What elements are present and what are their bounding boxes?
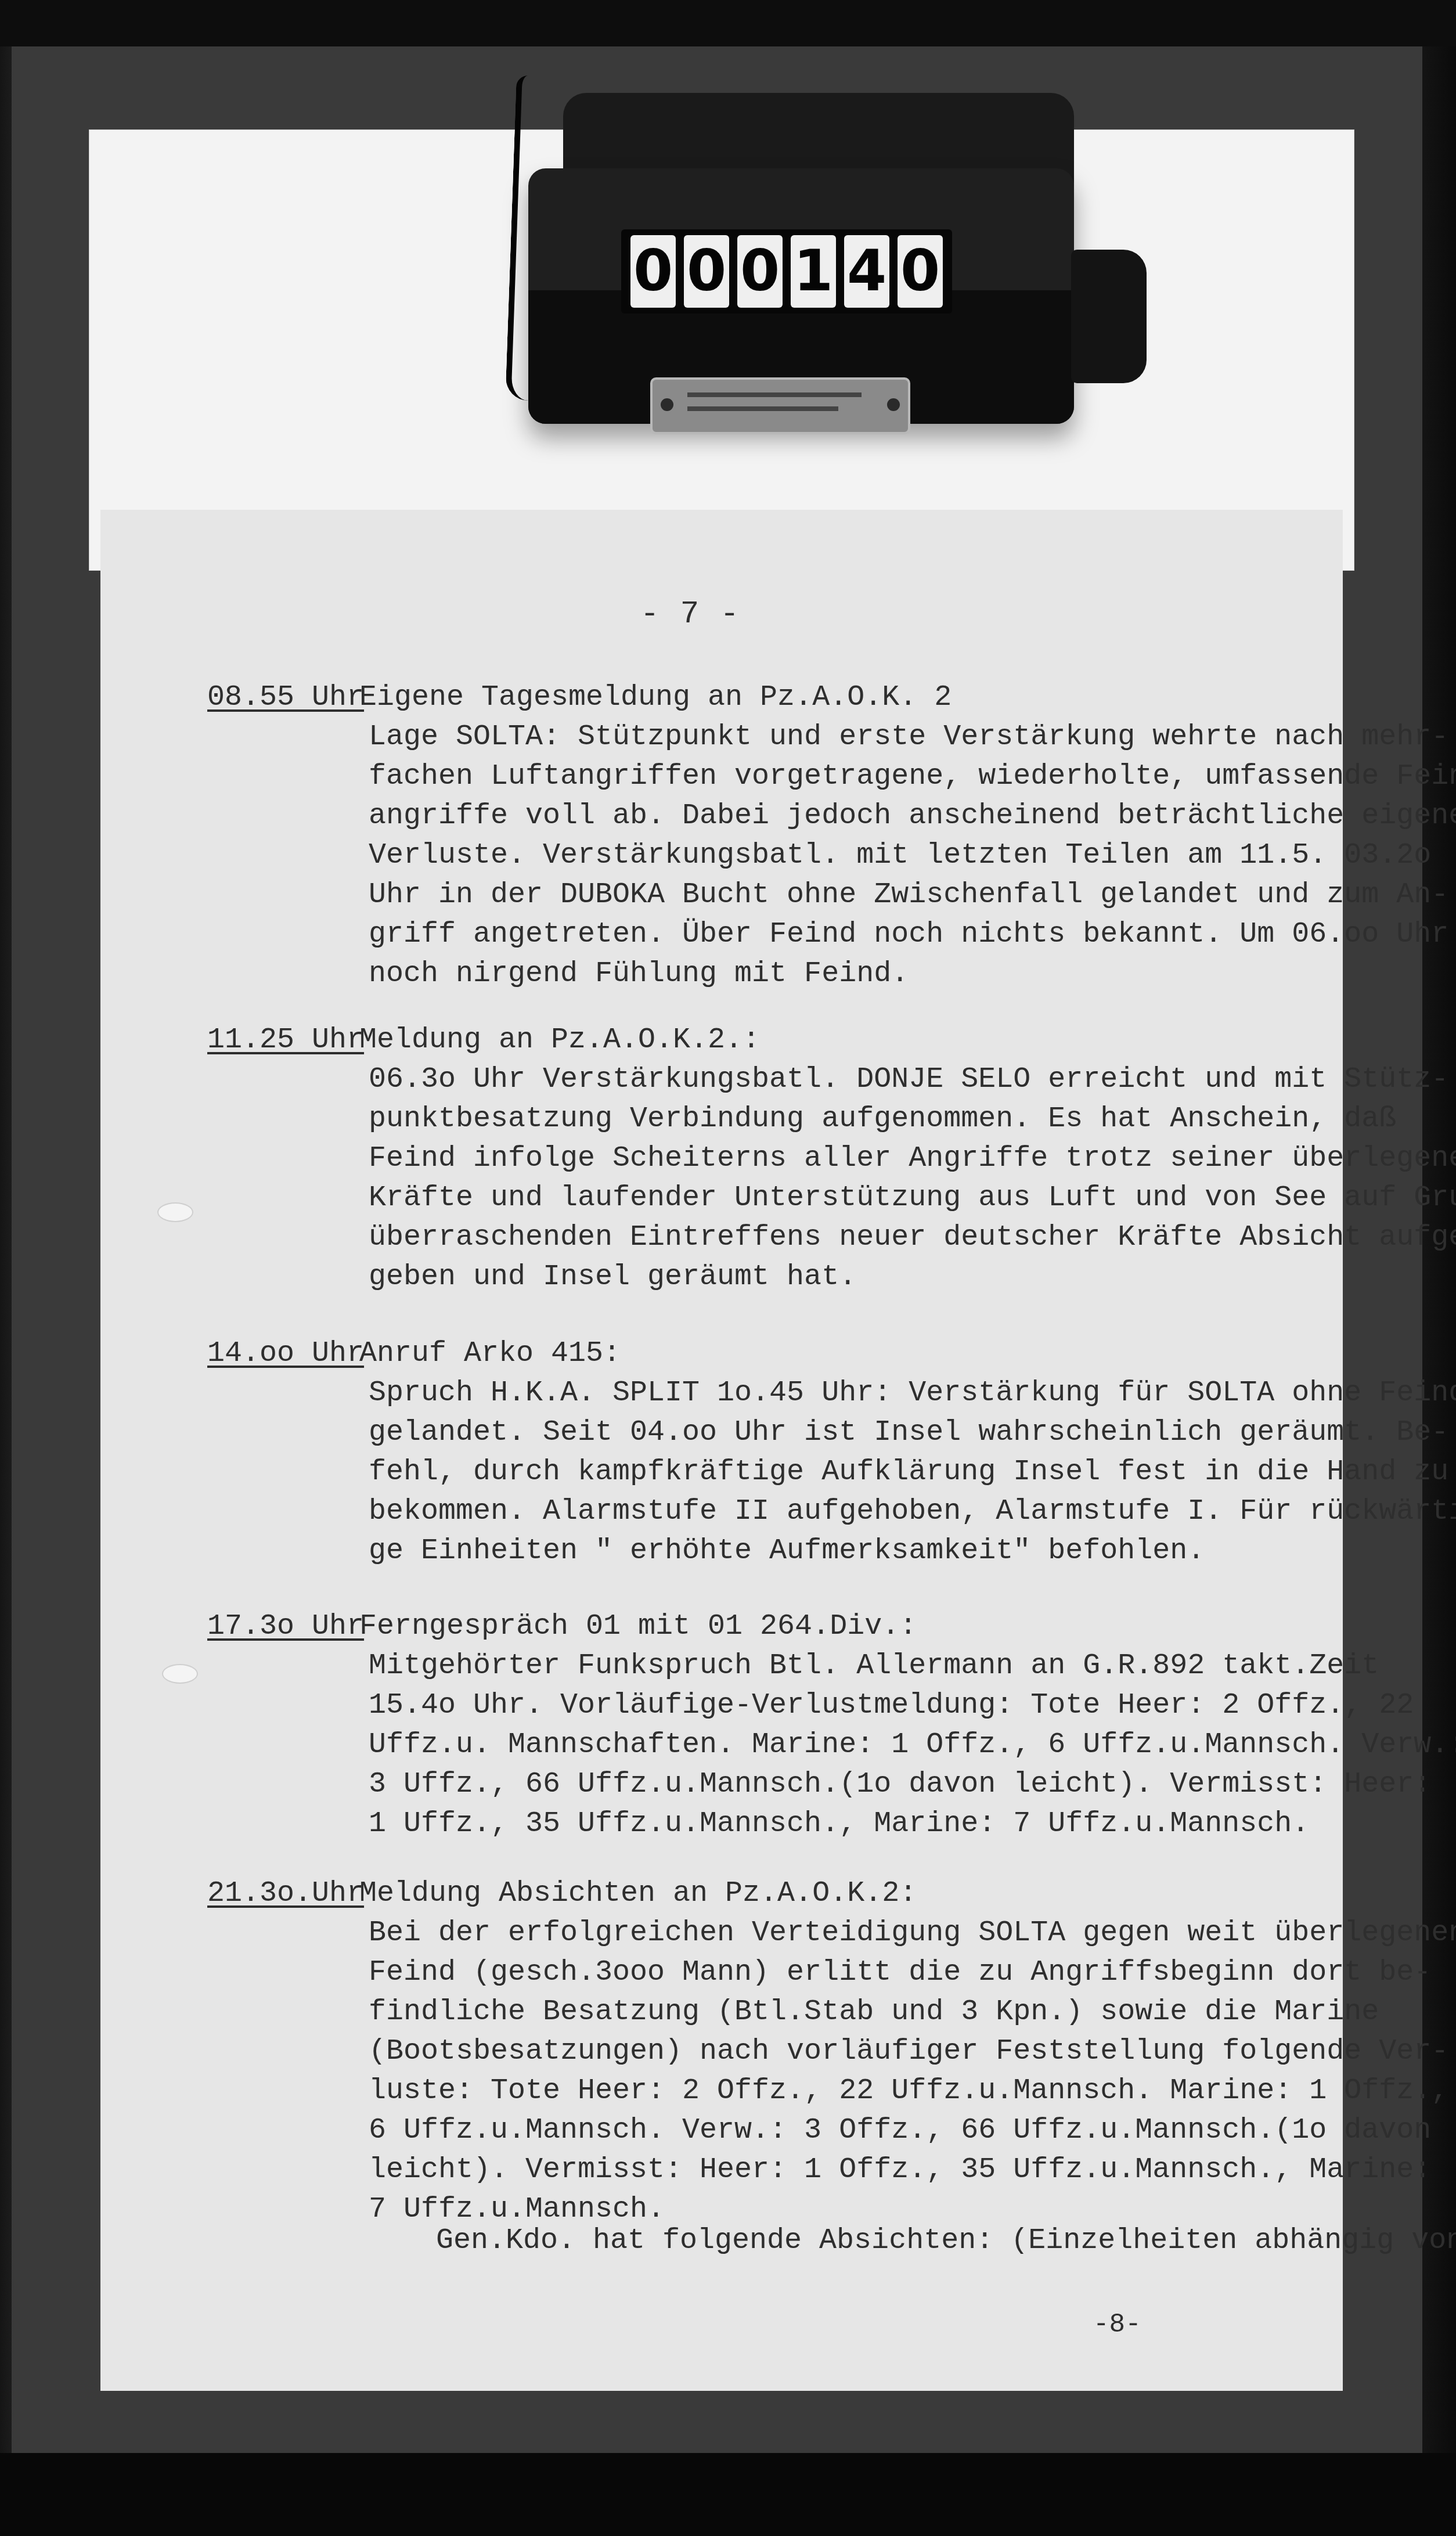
body-line: leicht). Vermisst: Heer: 1 Offz., 35 Uff… [369, 2150, 1456, 2190]
entry-body: Mitgehörter Funkspruch Btl. Allermann an… [369, 1647, 1456, 1844]
entry-heading: Eigene Tagesmeldung an Pz.A.O.K. 2 [359, 678, 952, 718]
counter-digit: 4 [844, 235, 889, 308]
next-page-marker: -8- [1093, 2310, 1141, 2340]
counter-reset-knob [1071, 250, 1147, 383]
document-page: - 7 - 08.55 Uhr Eigene Tagesmeldung an P… [100, 510, 1343, 2391]
entry-body: Spruch H.K.A. SPLIT 1o.45 Uhr: Verstärku… [369, 1374, 1456, 1571]
entry-body: 06.3o Uhr Verstärkungsbatl. DONJE SELO e… [369, 1060, 1456, 1297]
entry-heading: Anruf Arko 415: [359, 1334, 621, 1374]
body-line: Verluste. Verstärkungsbatl. mit letzten … [369, 836, 1456, 876]
entry-time: 08.55 Uhr [207, 678, 364, 718]
counter-digit: 0 [630, 235, 676, 308]
film-edge-top [0, 0, 1456, 46]
body-line: Spruch H.K.A. SPLIT 1o.45 Uhr: Verstärku… [369, 1374, 1456, 1413]
screw-icon [887, 398, 900, 411]
entry-heading: Meldung an Pz.A.O.K.2.: [359, 1021, 760, 1060]
frame-counter-device: 0 0 0 1 4 0 [511, 75, 1144, 418]
closing-line: Gen.Kdo. hat folgende Absichten: (Einzel… [436, 2221, 1456, 2261]
body-line: 3 Uffz., 66 Uffz.u.Mannsch.(1o davon lei… [369, 1765, 1456, 1804]
body-line: 06.3o Uhr Verstärkungsbatl. DONJE SELO e… [369, 1060, 1456, 1100]
entry-time: 11.25 Uhr [207, 1021, 364, 1060]
body-line: ge Einheiten " erhöhte Aufmerksamkeit" b… [369, 1532, 1456, 1571]
body-line: 6 Uffz.u.Mannsch. Verw.: 3 Offz., 66 Uff… [369, 2111, 1456, 2150]
body-line: überraschenden Eintreffens neuer deutsch… [369, 1218, 1456, 1258]
body-line: 15.4o Uhr. Vorläufige-Verlustmeldung: To… [369, 1686, 1456, 1726]
body-line: punktbesatzung Verbindung aufgenommen. E… [369, 1100, 1456, 1139]
entry-body: Bei der erfolgreichen Verteidigung SOLTA… [369, 1914, 1456, 2229]
body-line: 1 Uffz., 35 Uffz.u.Mannsch., Marine: 7 U… [369, 1804, 1456, 1844]
entry-time: 14.oo Uhr [207, 1334, 364, 1374]
body-line: geben und Insel geräumt hat. [369, 1258, 1456, 1297]
body-line: Lage SOLTA: Stützpunkt und erste Verstär… [369, 718, 1456, 757]
entry-heading: Meldung Absichten an Pz.A.O.K.2: [359, 1874, 917, 1914]
counter-digit: 0 [898, 235, 943, 308]
punch-hole [158, 1204, 192, 1221]
body-line: Bei der erfolgreichen Verteidigung SOLTA… [369, 1914, 1456, 1953]
body-line: Uhr in der DUBOKA Bucht ohne Zwischenfal… [369, 876, 1456, 915]
body-line: Kräfte und laufender Unterstützung aus L… [369, 1179, 1456, 1218]
body-line: Feind infolge Scheiterns aller Angriffe … [369, 1139, 1456, 1179]
body-line: fehl, durch kampfkräftige Aufklärung Ins… [369, 1453, 1456, 1492]
body-line: fachen Luftangriffen vorgetragene, wiede… [369, 757, 1456, 797]
nameplate-engraving [687, 392, 862, 397]
body-line: griff angetreten. Über Feind noch nichts… [369, 915, 1456, 954]
counter-nameplate [650, 377, 910, 434]
page-number: - 7 - [640, 597, 740, 632]
counter-digit: 0 [737, 235, 783, 308]
nameplate-engraving [687, 406, 838, 411]
entry-time: 21.3o.Uhr [207, 1874, 364, 1914]
entry-heading: Ferngespräch 01 mit 01 264.Div.: [359, 1607, 917, 1647]
body-line: bekommen. Alarmstufe II aufgehoben, Alar… [369, 1492, 1456, 1532]
entry-body: Lage SOLTA: Stützpunkt und erste Verstär… [369, 718, 1456, 994]
body-line: Feind (gesch.3ooo Mann) erlitt die zu An… [369, 1953, 1456, 1993]
counter-display: 0 0 0 1 4 0 [621, 229, 952, 314]
body-line: findliche Besatzung (Btl.Stab und 3 Kpn.… [369, 1993, 1456, 2032]
counter-digit: 1 [791, 235, 836, 308]
entry-time: 17.3o Uhr [207, 1607, 364, 1647]
body-line: Mitgehörter Funkspruch Btl. Allermann an… [369, 1647, 1456, 1686]
punch-hole [163, 1665, 197, 1683]
body-line: (Bootsbesatzungen) nach vorläufiger Fest… [369, 2032, 1456, 2072]
body-line: angriffe voll ab. Dabei jedoch anscheine… [369, 797, 1456, 836]
screw-icon [661, 398, 673, 411]
film-edge-bottom [0, 2453, 1456, 2536]
body-line: gelandet. Seit 04.oo Uhr ist Insel wahrs… [369, 1413, 1456, 1453]
body-line: luste: Tote Heer: 2 Offz., 22 Uffz.u.Man… [369, 2072, 1456, 2111]
body-line: noch nirgend Fühlung mit Feind. [369, 954, 1456, 994]
body-line: Uffz.u. Mannschaften. Marine: 1 Offz., 6… [369, 1726, 1456, 1765]
counter-digit: 0 [684, 235, 729, 308]
